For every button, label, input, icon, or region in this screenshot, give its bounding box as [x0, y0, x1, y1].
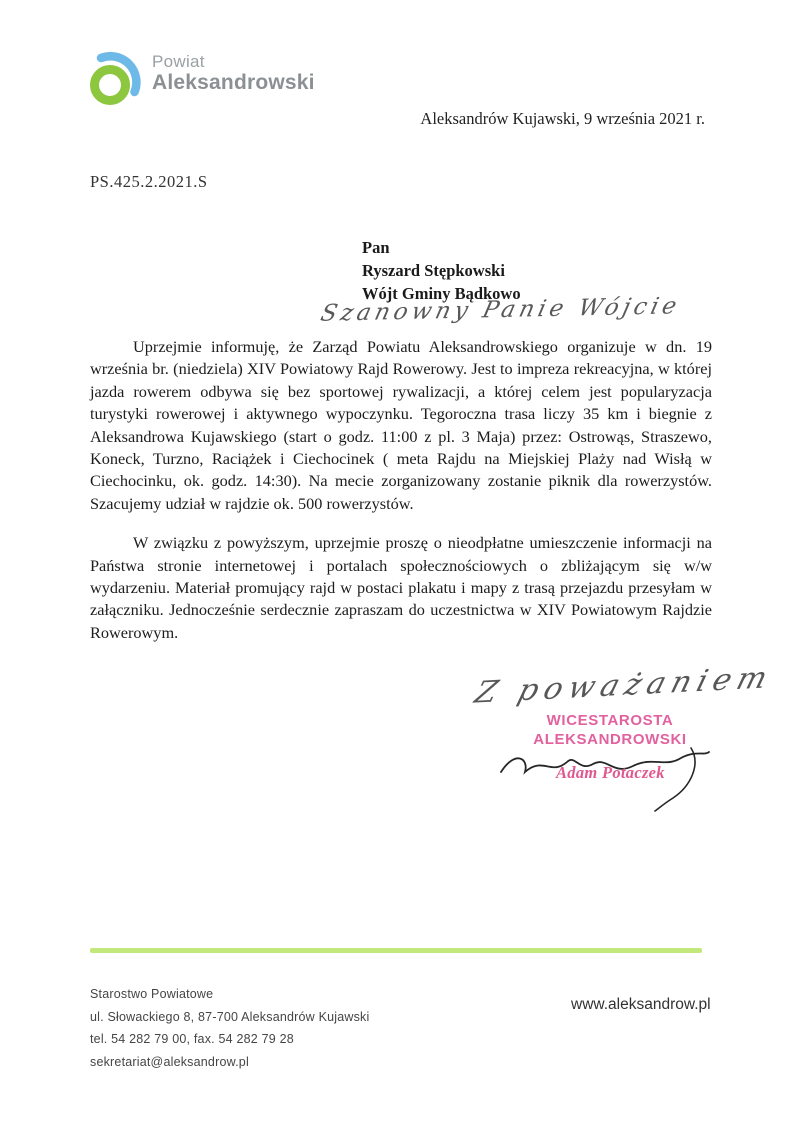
county-logo-text: Powiat Aleksandrowski	[152, 52, 315, 95]
footer-website: www.aleksandrow.pl	[571, 996, 711, 1014]
handwritten-closing: Z poważaniem	[471, 660, 777, 710]
date-line: Aleksandrów Kujawski, 9 września 2021 r.	[420, 109, 705, 129]
logo-word-aleksandrowski: Aleksandrowski	[152, 71, 315, 95]
paragraph-2: W związku z powyższym, uprzejmie proszę …	[90, 532, 712, 644]
footer-email: sekretariat@aleksandrow.pl	[90, 1051, 370, 1074]
county-logo-icon	[86, 46, 144, 110]
recipient-name: Ryszard Stępkowski	[362, 259, 521, 282]
stamp-title-line1: WICESTAROSTA	[505, 712, 715, 731]
recipient-block: Pan Ryszard Stępkowski Wójt Gminy Bądkow…	[362, 236, 521, 305]
footer-org-name: Starostwo Powiatowe	[90, 983, 370, 1006]
paragraph-1: Uprzejmie informuję, że Zarząd Powiatu A…	[90, 336, 712, 515]
footer-address: ul. Słowackiego 8, 87-700 Aleksandrów Ku…	[90, 1006, 370, 1029]
scanned-letter-page: Powiat Aleksandrowski Aleksandrów Kujaws…	[0, 0, 800, 1131]
recipient-salutation: Pan	[362, 236, 521, 259]
county-logo: Powiat Aleksandrowski	[86, 46, 315, 110]
footer-phone-fax: tel. 54 282 79 00, fax. 54 282 79 28	[90, 1028, 370, 1051]
logo-word-powiat: Powiat	[152, 52, 315, 71]
reference-number: PS.425.2.2021.S	[90, 172, 208, 192]
signer-name: Adam Potaczek	[556, 763, 665, 783]
footer-contact-block: Starostwo Powiatowe ul. Słowackiego 8, 8…	[90, 983, 370, 1073]
letter-body: Uprzejmie informuję, że Zarząd Powiatu A…	[90, 336, 712, 661]
footer-divider	[90, 948, 702, 953]
